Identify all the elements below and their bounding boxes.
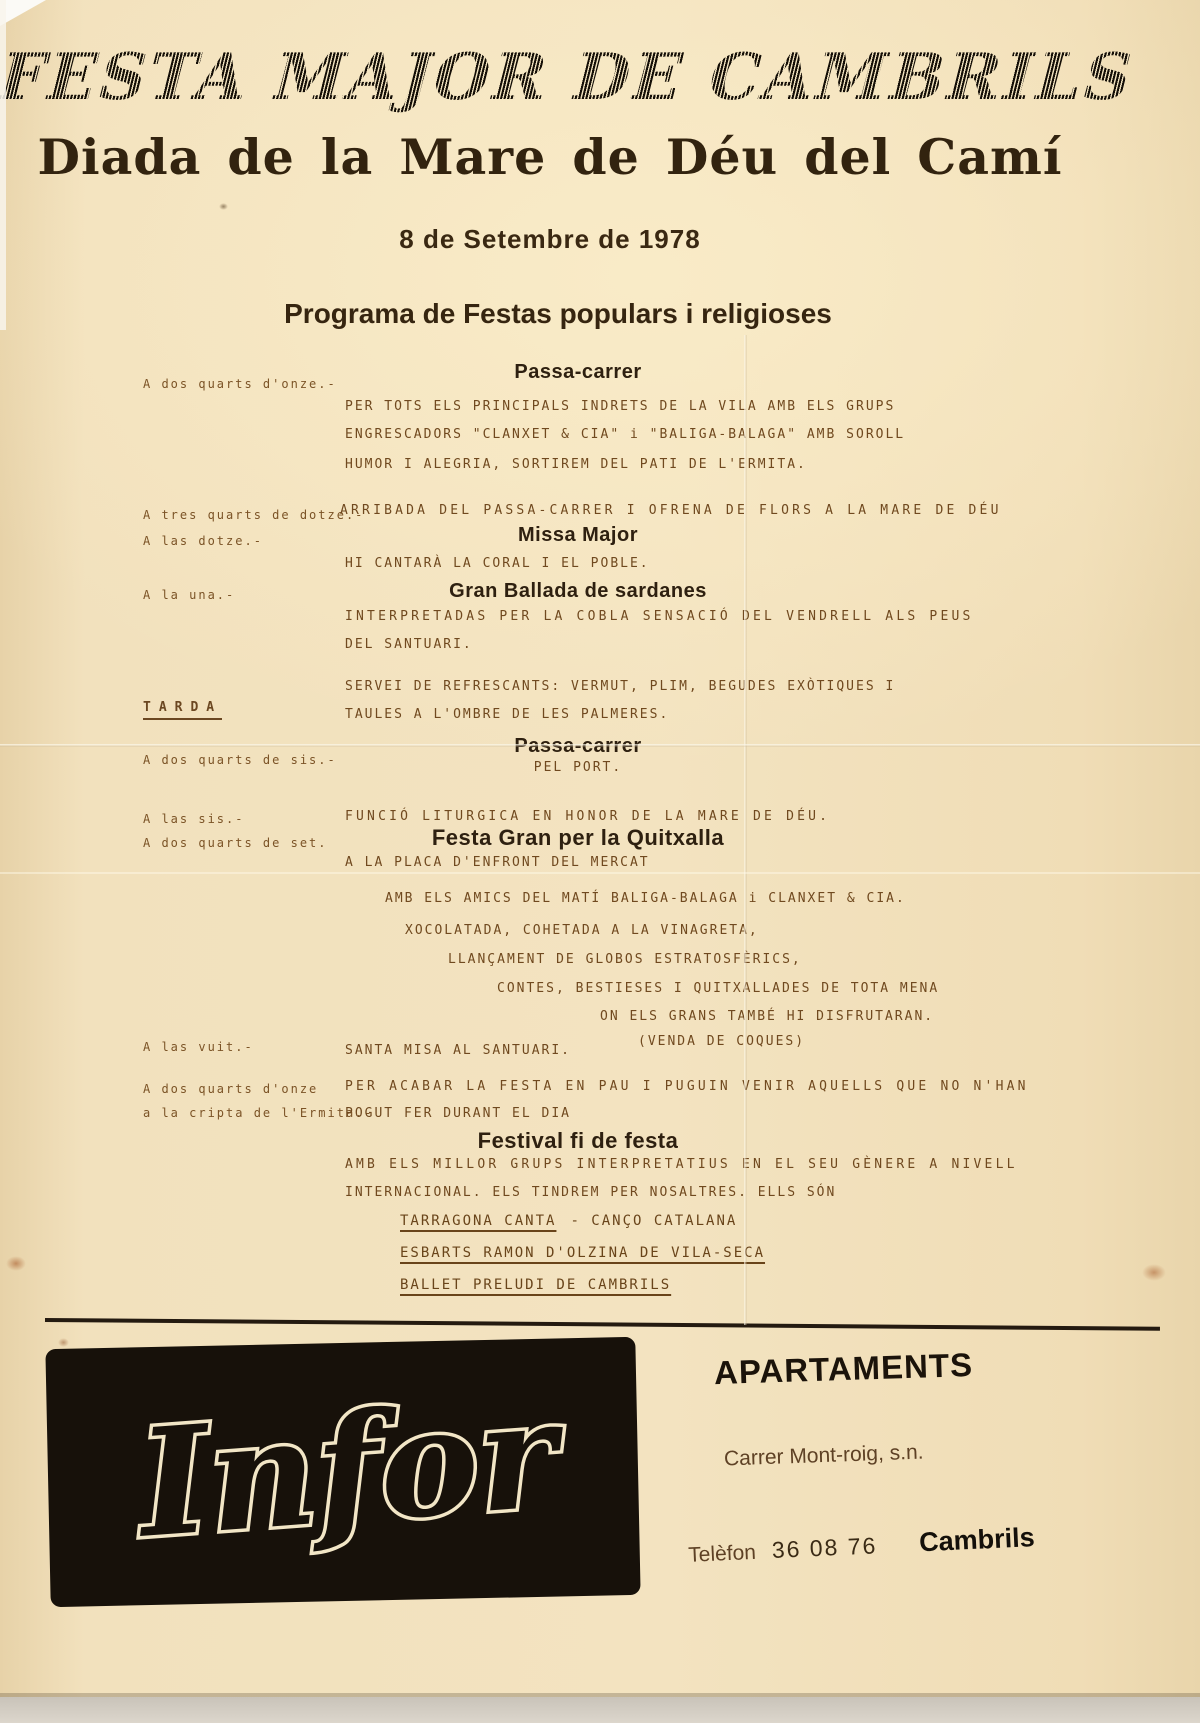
phone-number: 36 08 76 [771,1532,878,1563]
performer: ESBARTS RAMON D'OLZINA DE VILA-SECA [400,1245,765,1261]
schedule-line: A LA PLACA D'ENFRONT DEL MERCAT [345,855,650,870]
infor-logo-text: Infor [129,1366,571,1571]
ad-phone-row: Telèfon36 08 76Cambrils [687,1522,1035,1569]
schedule-line: INTERNACIONAL. ELS TINDREM PER NOSALTRES… [345,1185,836,1200]
schedule-line: ARRIBADA DEL PASSA-CARRER I OFRENA DE FL… [340,503,1002,518]
ad-city: Cambrils [918,1522,1035,1557]
performer-name: ESBARTS RAMON D'OLZINA DE VILA-SECA [400,1245,765,1261]
poster-title: FESTA MAJOR DE CAMBRILS [0,40,1137,115]
schedule-line: (VENDA DE COQUES) [638,1034,805,1049]
schedule-line: SERVEI DE REFRESCANTS: VERMUT, PLIM, BEG… [345,679,895,694]
performer: TARRAGONA CANTA- CANÇO CATALANA [400,1213,737,1229]
poster-title-row: FESTA MAJOR DE CAMBRILS [0,40,1120,115]
infor-logo-icon: Infor [45,1337,640,1607]
event-heading: Festival fi de festa [0,1128,1156,1154]
schedule-line: PER ACABAR LA FESTA EN PAU I PUGUIN VENI… [345,1079,1029,1094]
schedule-line: TAULES A L'OMBRE DE LES PALMERES. [345,707,669,722]
schedule-line: INTERPRETADAS PER LA COBLA SENSACIÓ DEL … [345,609,974,624]
paper-stain [58,1338,69,1347]
event-date: 8 de Setembre de 1978 [0,224,1100,255]
divider-rule [45,1318,1160,1331]
fold-line-horizontal [0,744,1200,747]
schedule-time: A las vuit.- [143,1040,254,1054]
phone-label: Telèfon [688,1541,757,1567]
paper-stain [6,1256,26,1271]
poster-paper: FESTA MAJOR DE CAMBRILS Diada de la Mare… [0,0,1200,1723]
performer-note: - CANÇO CATALANA [570,1213,737,1229]
event-heading: Gran Ballada de sardanes [0,580,1156,603]
poster-subtitle: Diada de la Mare de Déu del Camí [0,128,1100,186]
paper-stain [1142,1264,1166,1281]
scanned-poster: FESTA MAJOR DE CAMBRILS Diada de la Mare… [0,0,1200,1723]
schedule-line: HUMOR I ALEGRIA, SORTIREM DEL PATI DE L'… [345,457,807,472]
schedule-line: HI CANTARÀ LA CORAL I EL POBLE. [345,556,650,571]
event-heading: Passa-carrer [0,361,1156,384]
scan-corner [0,0,46,26]
fold-line-vertical [744,335,747,1325]
schedule-line: XOCOLATADA, COHETADA A LA VINAGRETA, [405,923,759,938]
schedule-line: SANTA MISA AL SANTUARI. [345,1043,571,1058]
scanner-background [0,1697,1200,1723]
schedule-line: CONTES, BESTIESES I QUITXALLADES DE TOTA… [497,981,939,996]
paper-stain [219,203,228,210]
scan-edge [0,0,6,330]
schedule-line: ENGRESCADORS "CLANXET & CIA" i "BALIGA-B… [345,427,905,442]
fold-line-horizontal [0,872,1200,874]
performer-name: TARRAGONA CANTA [400,1213,556,1229]
schedule-time: A tres quarts de dotze.- [143,508,364,522]
ad-heading: APARTAMENTS [713,1346,973,1392]
schedule-line: LLANÇAMENT DE GLOBOS ESTRATOSFÈRICS, [448,952,802,967]
performer: BALLET PRELUDI DE CAMBRILS [400,1277,671,1293]
event-heading: Missa Major [0,524,1156,547]
program-title: Programa de Festas populars i religioses [0,298,1116,330]
schedule-line: POGUT FER DURANT EL DIA [345,1106,571,1121]
schedule-line: AMB ELS AMICS DEL MATÍ BALIGA-BALAGA i C… [385,891,906,906]
event-heading: Festa Gran per la Quitxalla [0,825,1156,851]
schedule-time: a la cripta de l'Ermita.- [143,1106,374,1120]
schedule-line: PER TOTS ELS PRINCIPALS INDRETS DE LA VI… [345,399,895,414]
schedule-line: AMB ELS MILLOR GRUPS INTERPRETATIUS EN E… [345,1157,1018,1172]
afternoon-label: TARDA [143,700,222,720]
performer-name: BALLET PRELUDI DE CAMBRILS [400,1277,671,1293]
ad-address: Carrer Mont-roig, s.n. [724,1441,924,1472]
schedule-line: FUNCIÓ LITURGICA EN HONOR DE LA MARE DE … [345,809,830,824]
schedule-line: DEL SANTUARI. [345,637,473,652]
schedule-line: ON ELS GRANS TAMBÉ HI DISFRUTARAN. [600,1009,934,1024]
schedule-time: A dos quarts d'onze [143,1082,318,1096]
schedule-line: PEL PORT. [0,760,1156,775]
infor-logo-box: Infor [45,1337,640,1607]
schedule-time: A las sis.- [143,812,244,826]
